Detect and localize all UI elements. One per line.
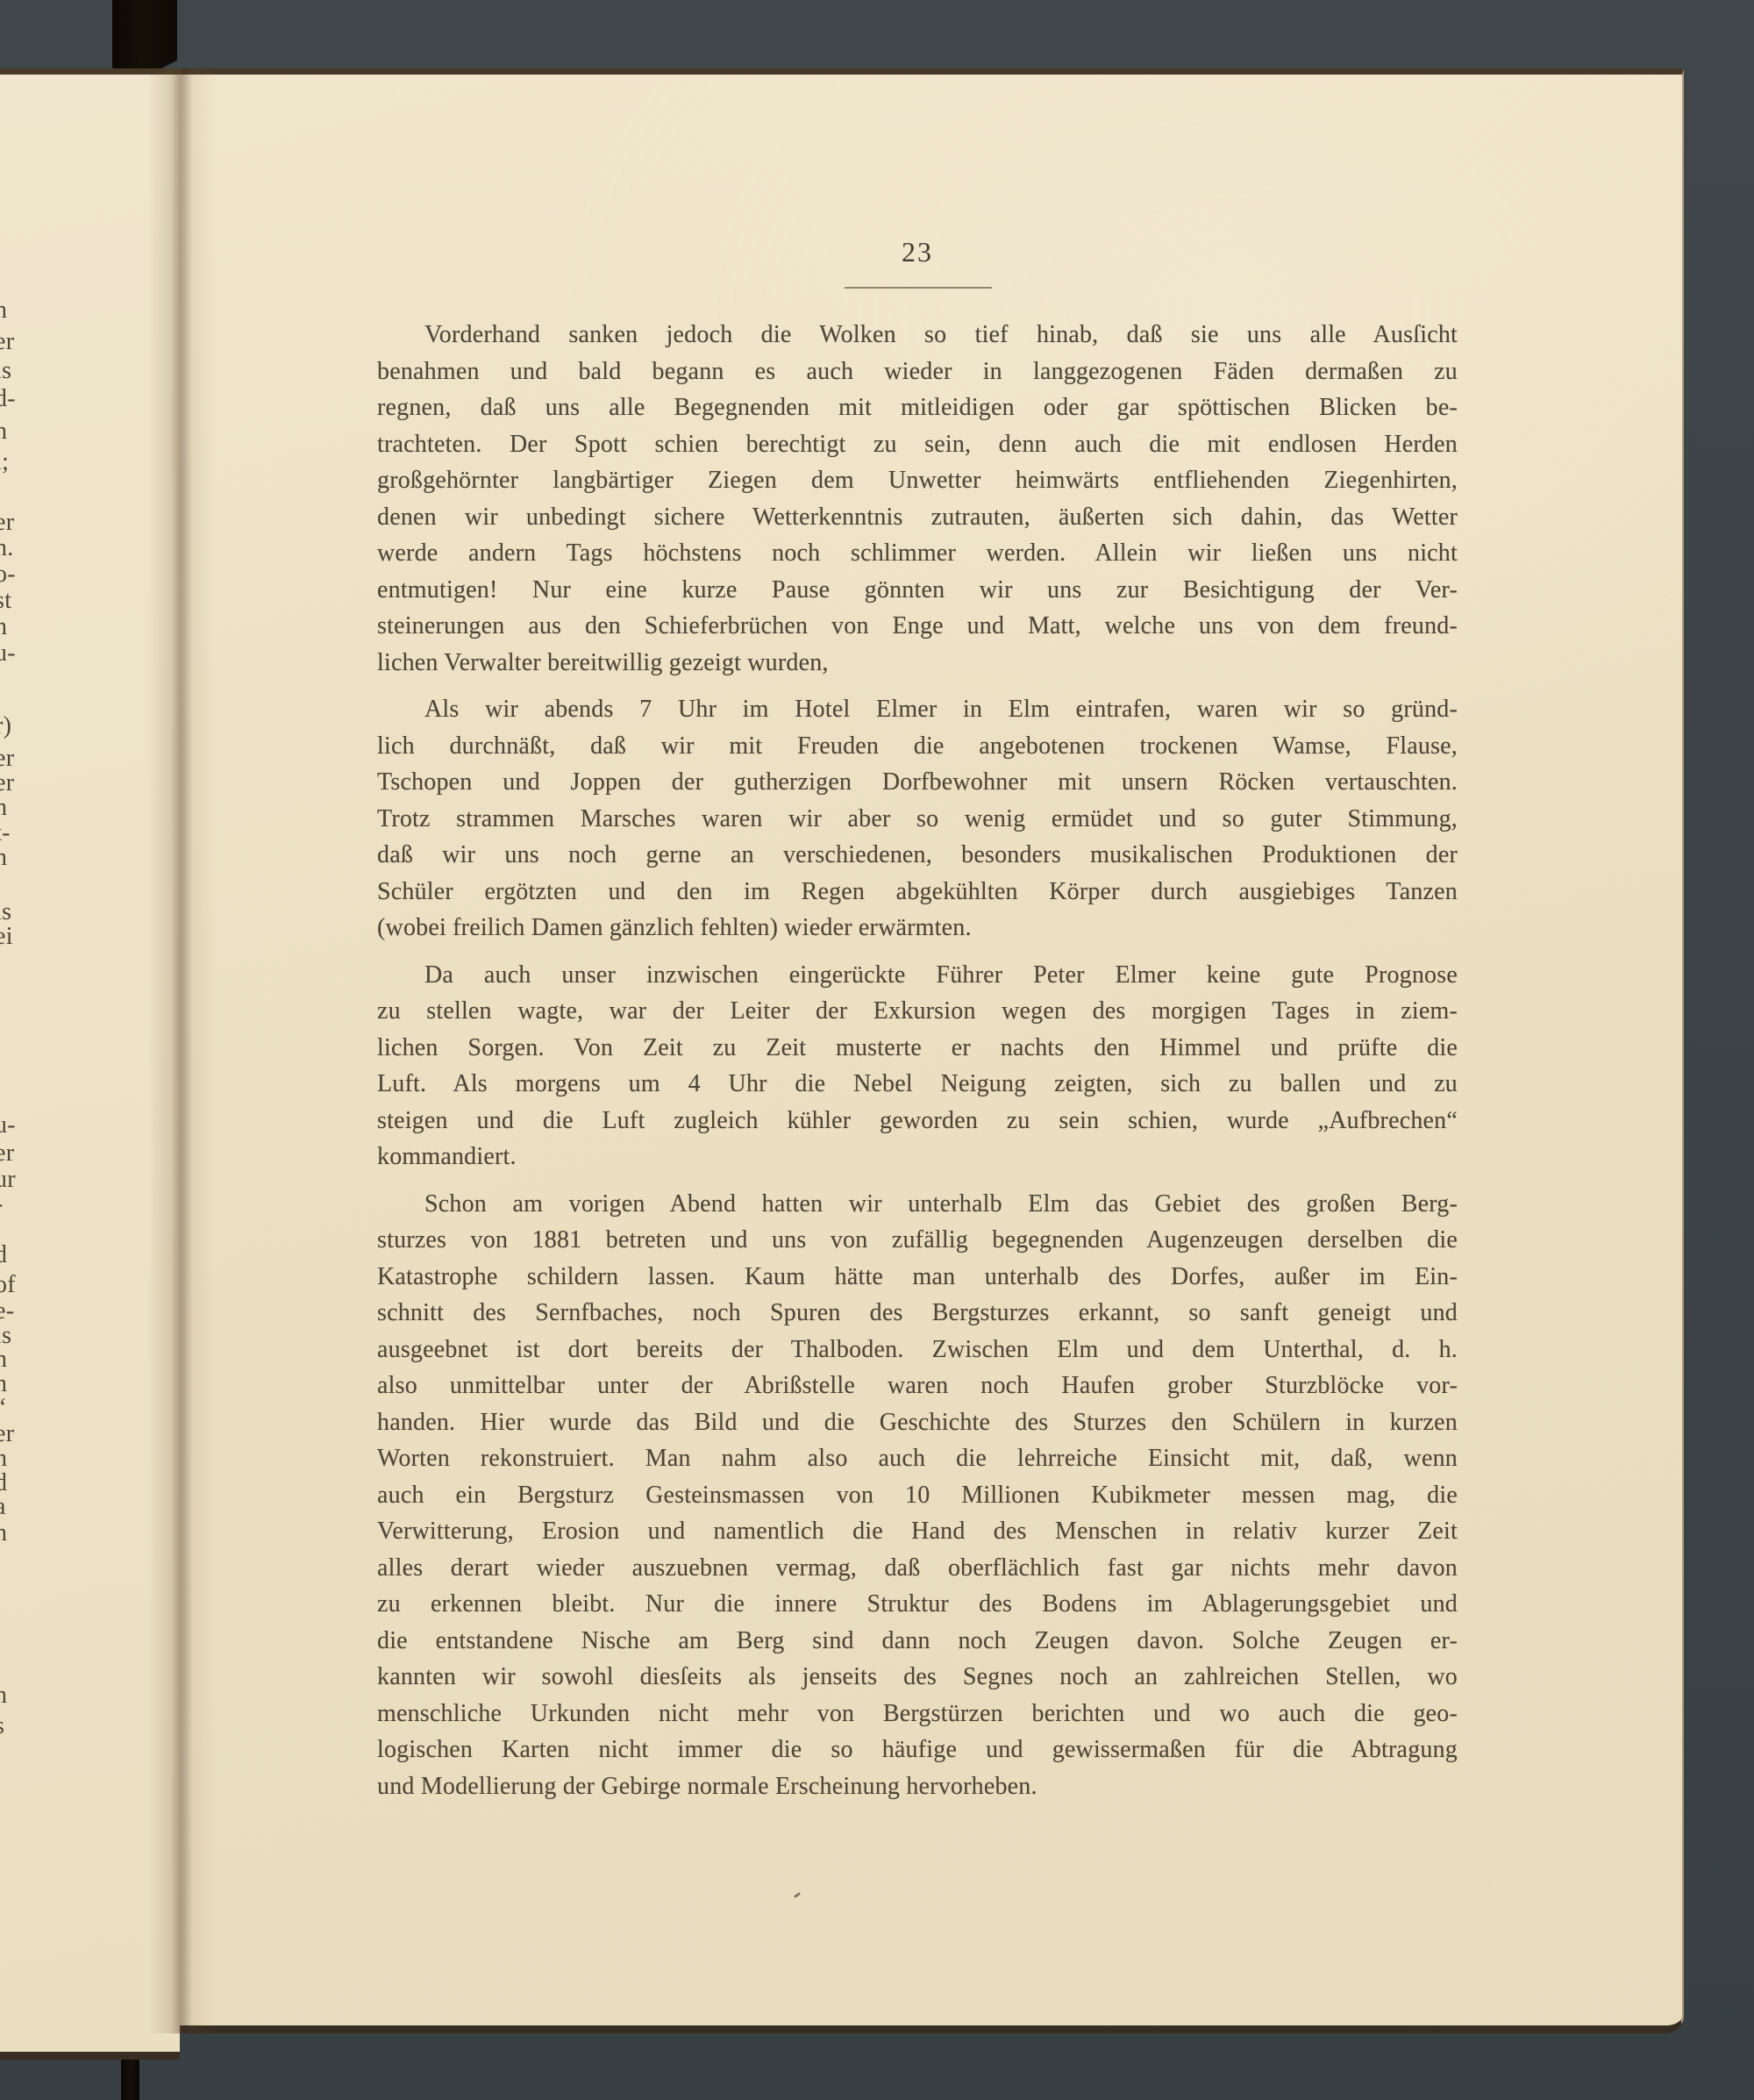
text-line: lichen Sorgen. Von Zeit zu Zeit musterte… [377, 1030, 1458, 1067]
left-page-text-fragment: r) [0, 711, 11, 741]
text-line: großgehörnter langbärtiger Ziegen dem Un… [377, 462, 1458, 499]
text-line: menschliche Urkunden nicht mehr von Berg… [377, 1696, 1458, 1732]
text-line: handen. Hier wurde das Bild und die Gesc… [377, 1404, 1458, 1441]
text-line: logischen Karten nicht immer die so häuf… [377, 1732, 1458, 1768]
left-page-text-fragment: u- [0, 639, 16, 668]
text-line: Schüler ergötzten und den im Regen abgek… [377, 874, 1458, 911]
text-line: sturzes von 1881 betreten und uns von zu… [377, 1222, 1458, 1259]
text-line: also unmittelbar unter der Abrißstelle w… [377, 1368, 1458, 1404]
paragraph: Als wir abends 7 Uhr im Hotel Elmer in E… [377, 691, 1458, 946]
text-line: daß wir uns noch gerne an verschiedenen,… [377, 837, 1458, 874]
book-page: 23 Vorderhand sanken jedoch die Wolken s… [180, 68, 1684, 2033]
text-line: zu erkennen bleibt. Nur die innere Struk… [377, 1586, 1458, 1623]
text-line: Vorderhand sanken jedoch die Wolken so t… [377, 317, 1458, 354]
paragraph: Da auch unser inzwischen eingerückte Füh… [377, 957, 1458, 1175]
text-line: Worten rekonstruiert. Man nahm also auch… [377, 1440, 1458, 1477]
text-line: Tschopen und Joppen der gutherzigen Dorf… [377, 764, 1458, 801]
text-line: und Modellierung der Gebirge normale Ers… [377, 1768, 1458, 1805]
left-page-text-fragment: ls [0, 356, 11, 386]
bookmark-ribbon-bottom [121, 2056, 139, 2100]
text-line: ausgeebnet ist dort bereits der Thalbode… [377, 1332, 1458, 1368]
left-page-text-fragment: d [0, 1240, 7, 1270]
text-line: lichen Verwalter bereitwillig gezeigt wu… [377, 645, 1458, 682]
left-page-text-fragment: n [0, 843, 7, 873]
text-line: lich durchnäßt, daß wir mit Freuden die … [377, 728, 1458, 765]
text-line: schnitt des Sernfbaches, noch Spuren des… [377, 1295, 1458, 1332]
text-line: steigen und die Luft zugleich kühler gew… [377, 1103, 1458, 1139]
text-line: zu stellen wagte, war der Leiter der Exk… [377, 993, 1458, 1030]
text-line: Da auch unser inzwischen eingerückte Füh… [377, 957, 1458, 994]
text-line: Als wir abends 7 Uhr im Hotel Elmer in E… [377, 691, 1458, 728]
page-number: 23 [377, 236, 1458, 268]
left-page-text-fragment: ei [0, 922, 13, 952]
text-line: Verwitterung, Erosion und namentlich die… [377, 1513, 1458, 1550]
text-line: Katastrophe schildern lassen. Kaum hätte… [377, 1259, 1458, 1296]
text-line: alles derart wieder auszuebnen vermag, d… [377, 1550, 1458, 1587]
ink-speck [794, 1892, 801, 1898]
left-page-text-fragment: “ [0, 1393, 6, 1423]
text-line: die entstandene Nische am Berg sind dann… [377, 1623, 1458, 1660]
left-page-text-fragment: o- [0, 560, 16, 589]
left-page-text-fragment: n [0, 296, 7, 325]
text-line: trachteten. Der Spott schien berechtigt … [377, 426, 1458, 463]
left-page-sliver: nerlsd-hl;ern.o-stnu-r)ererht-niseiu-eru… [0, 68, 180, 2060]
page-text: Vorderhand sanken jedoch die Wolken so t… [377, 317, 1458, 1815]
text-line: auch ein Bergsturz Gesteinsmassen von 10… [377, 1477, 1458, 1514]
left-page-text-fragment: of [0, 1270, 16, 1300]
text-line: Trotz strammen Marsches waren wir aber s… [377, 801, 1458, 838]
paragraph: Vorderhand sanken jedoch die Wolken so t… [377, 317, 1458, 681]
paragraph: Schon am vorigen Abend hatten wir unterh… [377, 1186, 1458, 1805]
text-line: benahmen und bald begann es auch wieder … [377, 354, 1458, 390]
left-page-text-fragment: er [0, 327, 14, 357]
text-line: denen wir unbedingt sichere Wetterkenntn… [377, 499, 1458, 536]
text-line: Luft. Als morgens um 4 Uhr die Nebel Nei… [377, 1066, 1458, 1103]
left-page-text-fragment: er [0, 1139, 14, 1168]
left-page-text-fragment: a [0, 1492, 6, 1522]
left-page-text-fragment: s [0, 1711, 4, 1741]
text-line: werde andern Tags höchstens noch schlimm… [377, 535, 1458, 572]
text-line: entmutigen! Nur eine kurze Pause gönnten… [377, 572, 1458, 609]
scanned-book-spread: nerlsd-hl;ern.o-stnu-r)ererht-niseiu-eru… [0, 0, 1754, 2100]
text-line: kommandiert. [377, 1139, 1458, 1175]
page-number-underline [845, 287, 992, 289]
left-page-text-fragment: st [0, 586, 11, 616]
left-page-text-fragment: n [0, 612, 7, 642]
text-line: Schon am vorigen Abend hatten wir unterh… [377, 1186, 1458, 1223]
left-page-text-fragment: d- [0, 384, 16, 414]
left-page-text-fragment: h [0, 417, 7, 446]
text-line: steinerungen aus den Schieferbrüchen von… [377, 608, 1458, 645]
left-page-text-fragment: - [0, 1189, 4, 1219]
left-page-text-fragment: n [0, 1518, 7, 1548]
left-page-text-fragment: u- [0, 1111, 16, 1140]
left-page-text-fragment: n. [0, 533, 14, 563]
left-page-text-fragment: n [0, 1681, 7, 1711]
left-page-text-fragment: l; [0, 447, 9, 477]
text-line: regnen, daß uns alle Begegnenden mit mit… [377, 389, 1458, 426]
text-line: kannten wir sowohl diesſeits als jenseit… [377, 1659, 1458, 1696]
text-line: (wobei freilich Damen gänzlich fehlten) … [377, 910, 1458, 946]
bookmark-ribbon-top [112, 0, 177, 75]
